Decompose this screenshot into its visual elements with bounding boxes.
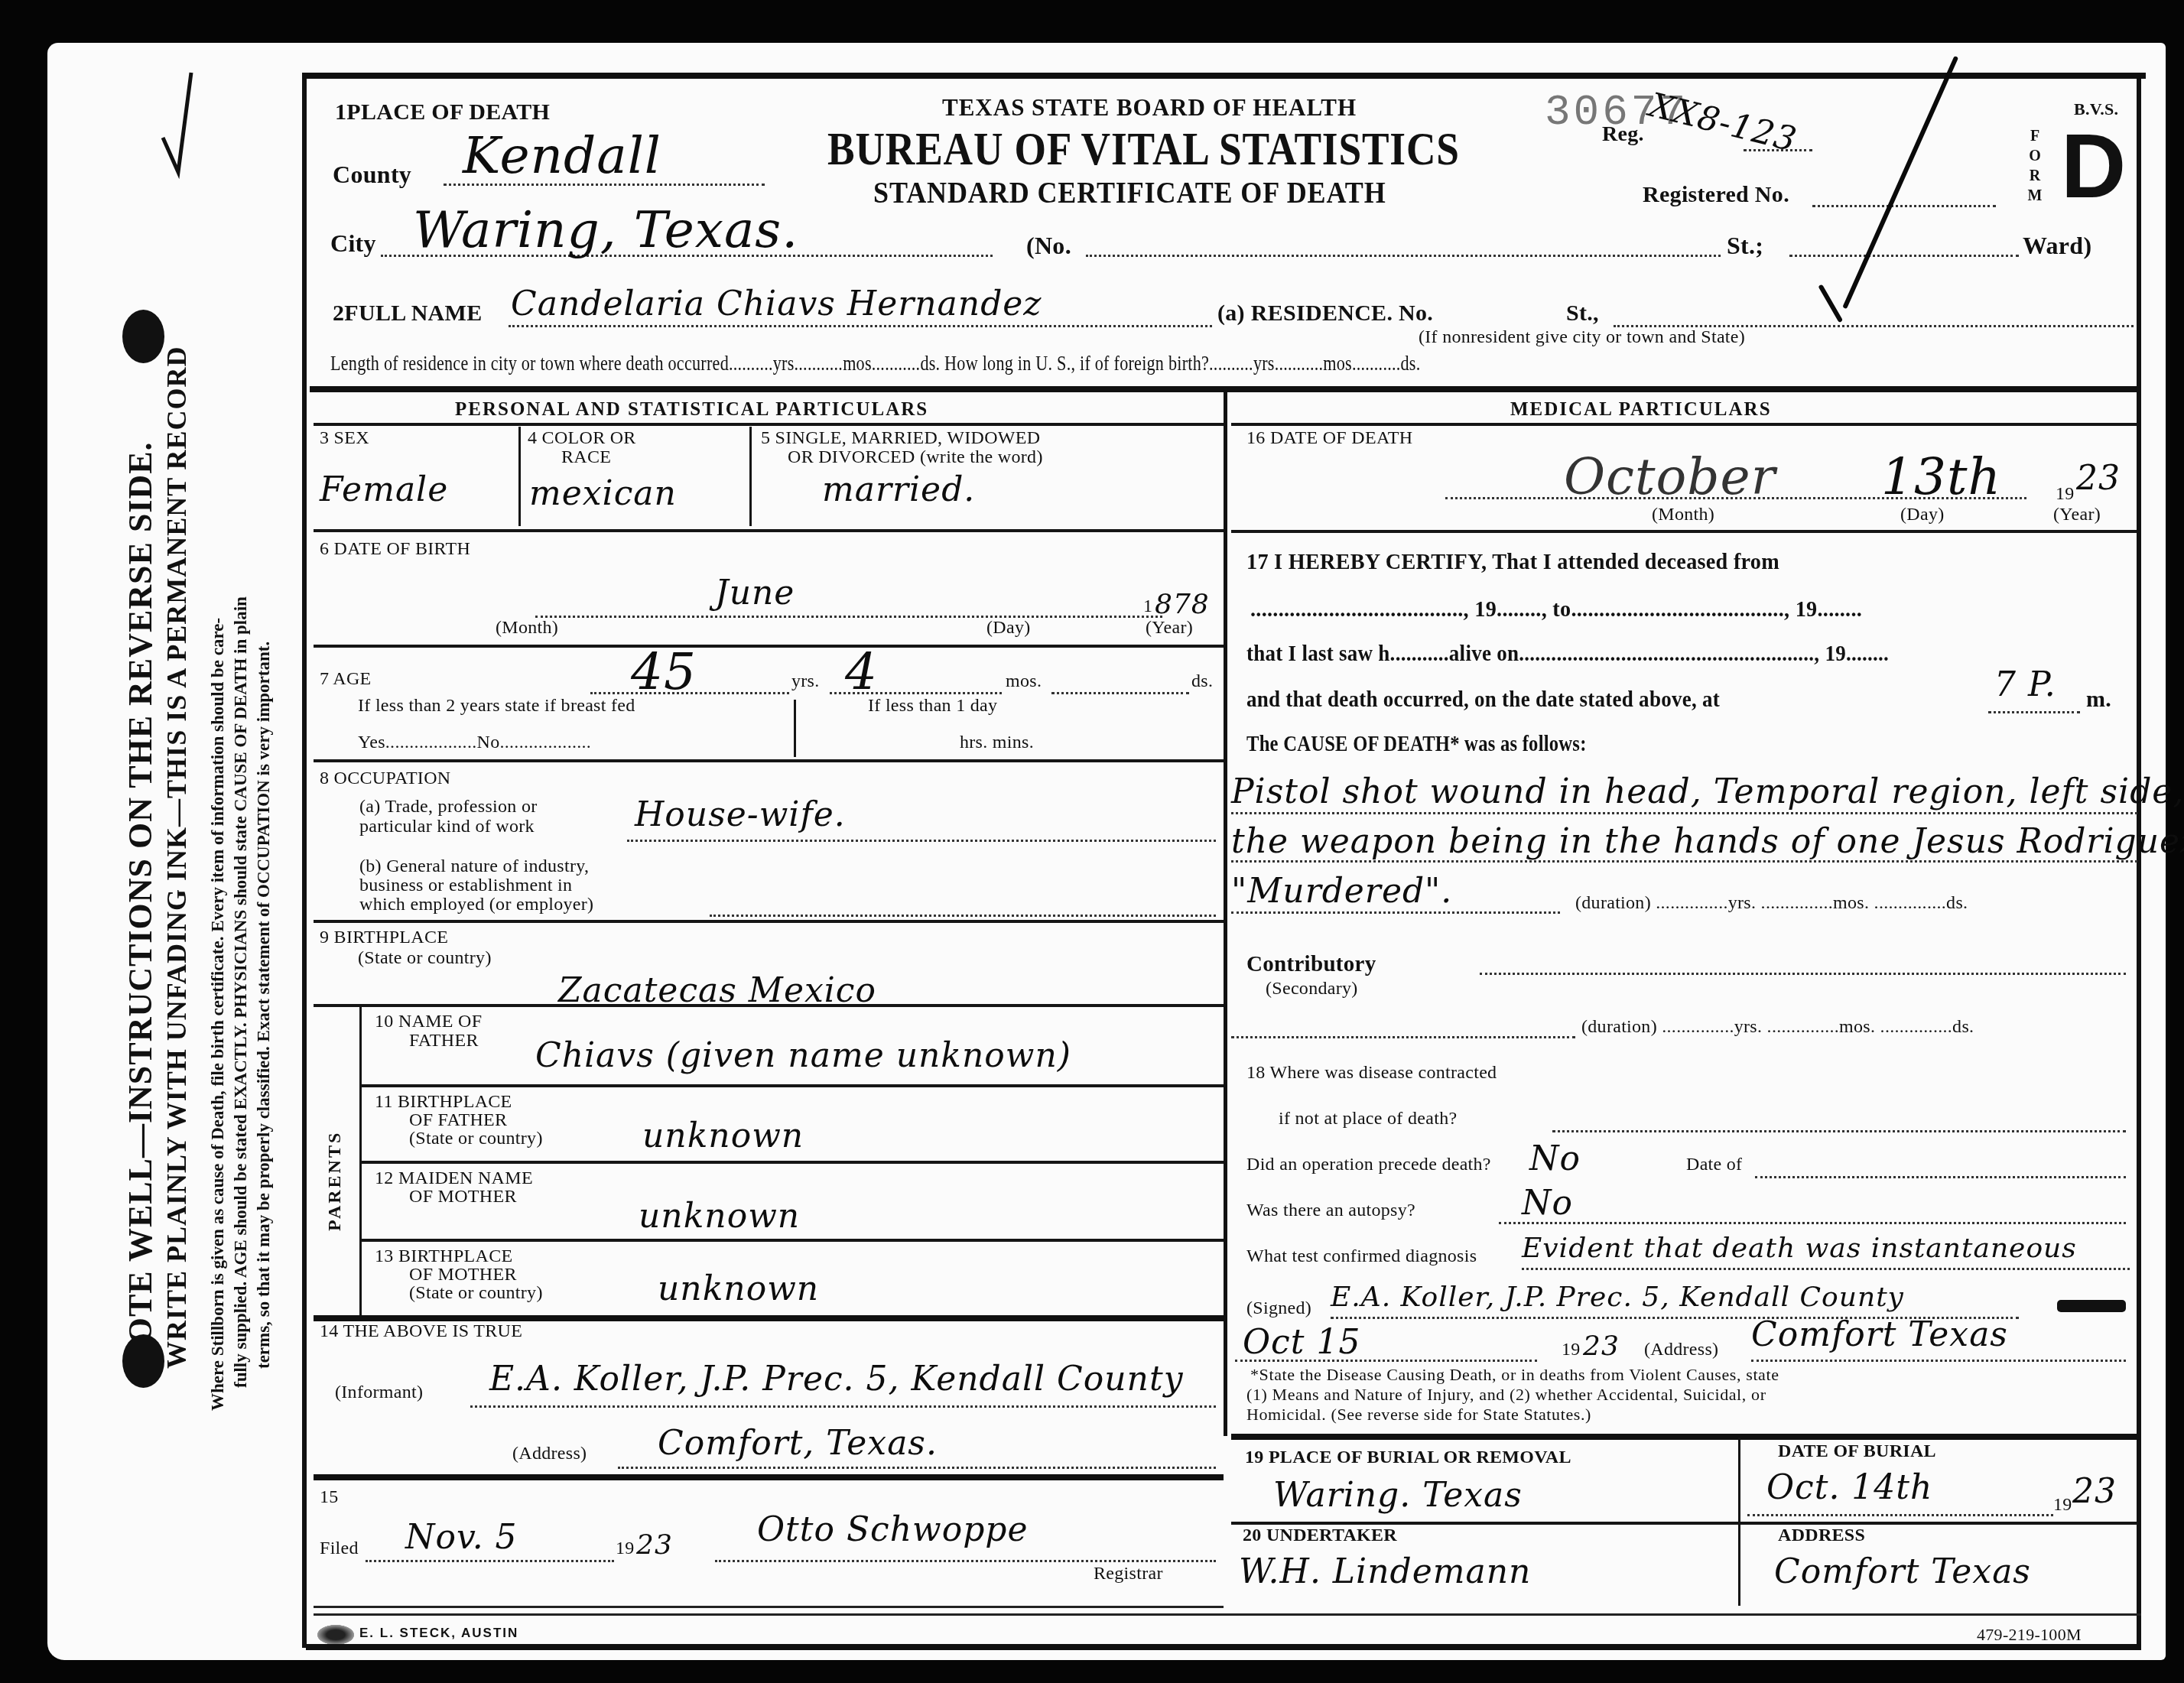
rule-after-burial-place	[1231, 1522, 2137, 1525]
dob-day-caption: (Day)	[986, 618, 1030, 638]
employer-dots	[710, 915, 1216, 917]
rule-after-birthplace	[314, 1004, 1224, 1007]
last-saw-line: that I last saw h...........alive on....…	[1246, 641, 1889, 667]
place-of-death-label: 1PLACE OF DEATH	[335, 99, 550, 125]
hrs-mins-fields: hrs. mins.	[960, 733, 1034, 753]
death-occurred-line: and that death occurred, on the date sta…	[1246, 687, 1720, 713]
occupation-b-1: (b) General nature of industry,	[359, 856, 589, 877]
registrar-label: Registrar	[1094, 1564, 1163, 1584]
city-label: City	[330, 229, 376, 258]
margin-instructions-2: fully supplied. AGE should be stated EXA…	[229, 596, 252, 1388]
race-value: mexican	[529, 474, 677, 513]
bureau-title: BUREAU OF VITAL STATISTICS	[827, 122, 1460, 177]
signed-label: (Signed)	[1246, 1298, 1311, 1319]
test-dots	[1522, 1268, 2130, 1270]
informant-dots	[470, 1405, 1216, 1408]
residence-st-label: St.,	[1566, 301, 1599, 327]
undertaker-address-label: ADDRESS	[1778, 1525, 1865, 1546]
operation-label: Did an operation precede death?	[1246, 1155, 1491, 1175]
less-than-day-label: If less than 1 day	[868, 696, 997, 716]
street-no-label: (No.	[1026, 232, 1071, 260]
father-label-1: 10 NAME OF	[375, 1012, 482, 1032]
informant-label: (Informant)	[335, 1382, 423, 1403]
father-birthplace-value: unknown	[642, 1116, 804, 1155]
filed-date-dots	[366, 1560, 614, 1562]
footer-rule-1	[314, 1606, 1224, 1608]
age-label: 7 AGE	[320, 669, 372, 690]
burial-year-prefix: 19	[2053, 1495, 2072, 1516]
burial-year-value: 23	[2072, 1472, 2117, 1511]
full-name-value: Candelaria Chiavs Hernandez	[511, 284, 1042, 323]
ink-scribble	[2057, 1300, 2126, 1312]
informant-address-value: Comfort, Texas.	[658, 1424, 938, 1463]
time-m-suffix: m.	[2086, 687, 2111, 713]
race-label-1: 4 COLOR OR	[528, 428, 636, 449]
printer-credit: E. L. STECK, AUSTIN	[359, 1626, 518, 1641]
dod-label: 16 DATE OF DEATH	[1246, 428, 1412, 449]
dod-day: 13th	[1881, 447, 2001, 506]
registrar-name: Otto Schwoppe	[757, 1510, 1029, 1549]
burial-place-value: Waring. Texas	[1273, 1476, 1523, 1515]
age-months-value: 4	[845, 642, 878, 701]
dod-year-prefix: 19	[2056, 484, 2075, 505]
section-header-rule-right	[1231, 423, 2137, 426]
occupation-b-3: which employed (or employer)	[359, 895, 593, 915]
age-mos-label: mos.	[1006, 671, 1042, 692]
test-label: What test confirmed diagnosis	[1246, 1246, 1477, 1267]
occupation-b-2: business or establishment in	[359, 876, 572, 896]
cause-dots-3	[1231, 911, 1560, 914]
rule-after-father-bp	[362, 1161, 1224, 1164]
mother-value: unknown	[639, 1197, 800, 1236]
autopsy-dots	[1499, 1222, 2126, 1224]
mother-birthplace-value: unknown	[658, 1269, 819, 1308]
ink-blot	[122, 310, 164, 363]
informant-address-label: (Address)	[512, 1444, 587, 1464]
margin-instructions-1: Where Stillborn is given as cause of Dea…	[206, 618, 229, 1411]
operation-date-dots	[1755, 1176, 2126, 1178]
cause-line-3: "Murdered".	[1231, 872, 1452, 911]
filed-number: 15	[320, 1487, 339, 1508]
form-vertical-label: FORM	[2026, 126, 2043, 206]
marital-value: married.	[822, 470, 975, 509]
form-code: 479-219-100M	[1977, 1625, 2082, 1645]
autopsy-value: No	[1522, 1184, 1573, 1223]
form-letter: D	[2061, 115, 2126, 219]
sign-address-dots	[1751, 1360, 2126, 1362]
operation-value: No	[1529, 1139, 1581, 1178]
mother-bp-3: (State or country)	[409, 1283, 543, 1304]
undertaker-label: 20 UNDERTAKER	[1243, 1525, 1397, 1546]
rule-after-dob	[314, 645, 1224, 648]
margin-note-line1: NOTE WELL—INSTRUCTIONS ON THE REVERSE SI…	[121, 441, 160, 1369]
dod-month-caption: (Month)	[1652, 505, 1714, 525]
dob-month: June	[715, 573, 795, 612]
filed-year-prefix: 19	[616, 1538, 635, 1559]
sign-address-label: (Address)	[1644, 1340, 1718, 1360]
not-at-place-label: if not at place of death?	[1279, 1109, 1457, 1129]
city-value: Waring, Texas.	[413, 200, 798, 259]
dob-dots	[535, 616, 1162, 618]
margin-instructions-3: terms, so that it may be properly classi…	[252, 642, 275, 1369]
breastfed-divider	[794, 700, 796, 757]
contributory-duration: (duration) ...............yrs. .........…	[1581, 1017, 1974, 1038]
rule-after-parents	[314, 1315, 1224, 1321]
checkmark-icon	[157, 65, 187, 172]
cause-label: The CAUSE OF DEATH* was as follows:	[1246, 731, 1587, 757]
ward-label: Ward)	[2023, 232, 2091, 260]
occupation-label: 8 OCCUPATION	[320, 768, 450, 789]
occupation-a-1: (a) Trade, profession or	[359, 797, 538, 817]
footer-rule-2	[314, 1613, 2141, 1616]
age-yrs-label: yrs.	[791, 671, 820, 692]
mother-bp-1: 13 BIRTHPLACE	[375, 1246, 512, 1267]
death-time: 7 P.	[1994, 665, 2056, 704]
secondary-label: (Secondary)	[1266, 979, 1358, 999]
registered-no-label: Registered No.	[1643, 182, 1789, 208]
sign-year: 23	[1583, 1330, 1620, 1362]
marital-label-2: OR DIVORCED (write the word)	[788, 447, 1043, 468]
cause-duration: (duration) ...............yrs. .........…	[1575, 893, 1968, 914]
section-header-rule-left	[314, 423, 1224, 426]
certify-line: 17 I HEREBY CERTIFY, That I attended dec…	[1246, 549, 1779, 575]
parents-label: PARENTS	[325, 1131, 346, 1231]
burial-date-dots	[1747, 1514, 2053, 1516]
test-value: Evident that death was instantaneous	[1522, 1233, 2077, 1264]
contributory-dots-2	[1231, 1036, 1575, 1038]
bottom-rule	[306, 1644, 2141, 1650]
occupation-value: House-wife.	[635, 795, 846, 834]
undertaker-address-value: Comfort Texas	[1774, 1552, 2031, 1591]
ward-dots	[1789, 255, 2019, 257]
mother-label-1: 12 MAIDEN NAME	[375, 1168, 533, 1189]
full-name-label: 2FULL NAME	[333, 301, 483, 327]
county-value: Kendall	[463, 126, 661, 185]
race-marital-divider	[749, 427, 752, 526]
yes-no-fields: Yes...................No................…	[358, 733, 591, 753]
mother-bp-2: OF MOTHER	[409, 1265, 517, 1285]
contributory-dots	[1480, 973, 2126, 975]
dob-label: 6 DATE OF BIRTH	[320, 539, 470, 560]
birthplace-label: 9 BIRTHPLACE	[320, 928, 448, 948]
dob-month-caption: (Month)	[496, 618, 558, 638]
signed-value: E.A. Koller, J.P. Prec. 5, Kendall Count…	[1331, 1282, 1904, 1313]
nonresident-note: (If nonresident give city or town and St…	[1419, 327, 1745, 348]
marital-label-1: 5 SINGLE, MARRIED, WIDOWED	[761, 428, 1040, 449]
informant-address-dots	[618, 1467, 1216, 1469]
medical-section-title: MEDICAL PARTICULARS	[1510, 399, 1772, 421]
residence-label: (a) RESIDENCE. No.	[1217, 301, 1433, 327]
burial-place-label: 19 PLACE OF BURIAL OR REMOVAL	[1245, 1447, 1571, 1468]
rule-after-father	[362, 1084, 1224, 1087]
rule-after-dod	[1231, 530, 2137, 533]
rule-before-burial	[1231, 1434, 2137, 1440]
rule-after-mother	[362, 1239, 1224, 1242]
contributory-label: Contributory	[1246, 952, 1376, 977]
occupation-a-2: particular kind of work	[359, 817, 535, 837]
filed-date-value: Nov. 5	[405, 1518, 518, 1557]
father-label-2: FATHER	[409, 1031, 479, 1051]
occupation-dots	[627, 840, 1216, 842]
date-of-label: Date of	[1686, 1155, 1742, 1175]
sex-race-divider	[518, 427, 521, 526]
mother-label-2: OF MOTHER	[409, 1187, 517, 1207]
registrar-dots	[715, 1560, 1216, 1562]
certificate-title: STANDARD CERTIFICATE OF DEATH	[873, 174, 1386, 210]
street-st-label: St.;	[1727, 232, 1763, 260]
filed-label: Filed	[320, 1538, 359, 1559]
dod-month: October	[1564, 447, 1776, 506]
race-label-2: RACE	[561, 447, 611, 468]
rule-after-age	[314, 759, 1224, 762]
certify-dates: ......................................, …	[1250, 596, 1862, 622]
top-rule	[302, 73, 2146, 79]
not-at-place-dots	[1552, 1130, 2126, 1132]
dob-year-prefix: 1	[1143, 596, 1152, 617]
informant-value: E.A. Koller, J.P. Prec. 5, Kendall Count…	[489, 1360, 1184, 1399]
dod-day-caption: (Day)	[1900, 505, 1944, 525]
sex-value: Female	[320, 470, 448, 509]
sign-address-value: Comfort Texas	[1751, 1315, 2008, 1354]
length-of-residence: Length of residence in city or town wher…	[330, 352, 1420, 375]
father-value: Chiavs (given name unknown)	[535, 1036, 1071, 1075]
footnote-2: (1) Means and Nature of Injury, and (2) …	[1246, 1385, 1766, 1405]
ink-blot	[122, 1334, 164, 1388]
registered-no-dots	[1812, 205, 1996, 207]
sign-date-value: Oct 15	[1243, 1323, 1360, 1362]
cause-dots-1	[1231, 812, 2137, 814]
dob-year: 878	[1155, 589, 1210, 620]
age-days-dots	[1051, 692, 1189, 694]
margin-note-line2: WRITE PLAINLY WITH UNFADING INK—THIS IS …	[161, 346, 193, 1369]
rule-before-filed	[314, 1474, 1224, 1480]
center-divider	[1224, 388, 1227, 1436]
dob-year-caption: (Year)	[1146, 618, 1193, 638]
father-bp-1: 11 BIRTHPLACE	[375, 1092, 512, 1113]
dod-year-caption: (Year)	[2053, 505, 2101, 525]
autopsy-label: Was there an autopsy?	[1246, 1201, 1415, 1221]
reg-label: Reg.	[1602, 122, 1644, 147]
full-name-dots	[509, 325, 1212, 327]
printer-logo-icon	[317, 1625, 354, 1645]
sign-year-prefix: 19	[1562, 1340, 1581, 1360]
rule-after-sex	[314, 529, 1224, 532]
father-bp-2: OF FATHER	[409, 1110, 507, 1131]
cause-line-2: the weapon being in the hands of one Jes…	[1231, 822, 2184, 861]
board-title: TEXAS STATE BOARD OF HEALTH	[942, 94, 1357, 122]
personal-section-title: PERSONAL AND STATISTICAL PARTICULARS	[455, 399, 928, 421]
breast-fed-label: If less than 2 years state if breast fed	[358, 696, 635, 716]
father-bp-3: (State or country)	[409, 1129, 543, 1149]
burial-date-label: DATE OF BURIAL	[1778, 1441, 1936, 1462]
age-ds-label: ds.	[1191, 671, 1213, 692]
county-label: County	[333, 161, 411, 189]
birthplace-sub: (State or country)	[358, 948, 492, 969]
sex-label: 3 SEX	[320, 428, 369, 449]
footnote-1: *State the Disease Causing Death, or in …	[1250, 1365, 1779, 1385]
cause-line-1: Pistol shot wound in head, Temporal regi…	[1231, 772, 2184, 811]
footnote-3: Homicidal. (See reverse side for State S…	[1246, 1405, 1591, 1425]
undertaker-value: W.H. Lindemann	[1239, 1552, 1531, 1591]
contracted-label: 18 Where was disease contracted	[1246, 1063, 1497, 1084]
above-true-label: 14 THE ABOVE IS TRUE	[320, 1321, 522, 1342]
rule-after-occupation	[314, 920, 1224, 923]
time-dots	[1988, 711, 2080, 713]
street-dots	[1086, 255, 1721, 257]
filed-year-value: 23	[636, 1529, 673, 1561]
age-years-value: 45	[631, 642, 697, 701]
burial-date-value: Oct. 14th	[1766, 1468, 1932, 1507]
dod-year: 23	[2076, 459, 2121, 498]
reg-dots	[1744, 149, 1812, 151]
